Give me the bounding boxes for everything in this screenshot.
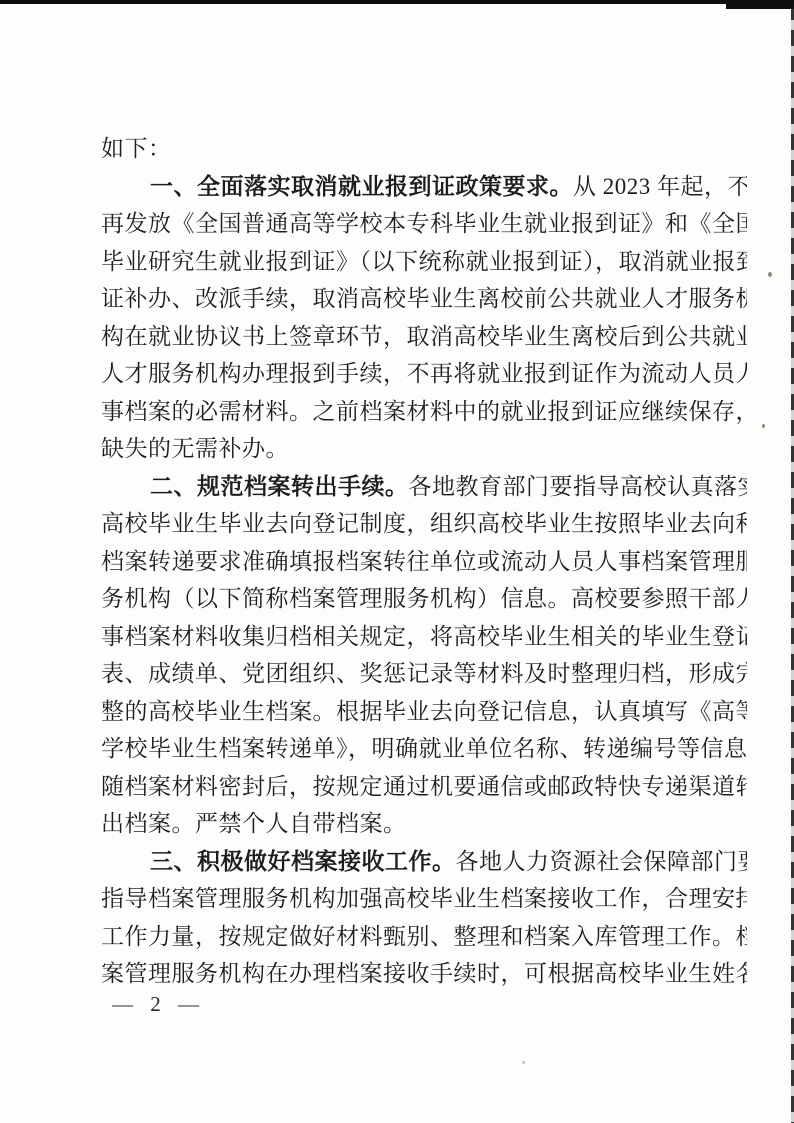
line-text: 从 2023 年起，不: [573, 174, 747, 199]
line-text: 人才服务机构办理报到手续，不再将就业报到证作为流动人员人: [101, 361, 747, 386]
section-2-heading: 二、规范档案转出手续。: [150, 473, 409, 499]
line-text: 各地人力资源社会保障部门要: [456, 849, 748, 874]
document-body: 如下： 一、全面落实取消就业报到证政策要求。从 2023 年起，不 再发放《全国…: [101, 130, 747, 993]
line-text: 高校毕业生毕业去向登记制度，组织高校毕业生按照毕业去向和: [101, 511, 747, 536]
text-line: 缺失的无需补办。: [101, 430, 747, 468]
line-text: 构在就业协议书上签章环节，取消高校毕业生离校后到公共就业: [101, 324, 747, 349]
section-1-heading-line: 一、全面落实取消就业报到证政策要求。从 2023 年起，不: [101, 168, 747, 206]
page-number: — 2 —: [112, 992, 205, 1017]
scan-speck: [762, 424, 765, 428]
text-line: 工作力量，按规定做好材料甄别、整理和档案入库管理工作。档: [101, 918, 747, 956]
scan-edge-top: [0, 0, 794, 4]
line-text: 缺失的无需补办。: [101, 436, 289, 461]
text-line: 表、成绩单、党团组织、奖惩记录等材料及时整理归档，形成完: [101, 655, 747, 693]
line-text: 工作力量，按规定做好材料甄别、整理和档案入库管理工作。档: [101, 924, 747, 949]
line-text: 出档案。严禁个人自带档案。: [101, 811, 407, 836]
text-line: 出档案。严禁个人自带档案。: [101, 805, 747, 843]
text-line: 案管理服务机构在办理档案接收手续时，可根据高校毕业生姓名: [101, 955, 747, 993]
line-text: 指导档案管理服务机构加强高校毕业生档案接收工作，合理安排: [101, 886, 747, 911]
text-line: 毕业研究生就业报到证》（以下统称就业报到证），取消就业报到: [101, 243, 747, 281]
line-text: 事档案材料收集归档相关规定，将高校毕业生相关的毕业生登记: [101, 624, 747, 649]
line-text: 表、成绩单、党团组织、奖惩记录等材料及时整理归档，形成完: [101, 661, 747, 686]
line-text: 证补办、改派手续，取消高校毕业生离校前公共就业人才服务机: [101, 286, 747, 311]
line-text: 随档案材料密封后，按规定通过机要通信或邮政特快专递渠道转: [101, 774, 747, 799]
line-text: 毕业研究生就业报到证》（以下统称就业报到证），取消就业报到: [101, 249, 747, 274]
line-text: 案管理服务机构在办理档案接收手续时，可根据高校毕业生姓名: [101, 961, 747, 986]
text-line: 务机构（以下简称档案管理服务机构）信息。高校要参照干部人: [101, 580, 747, 618]
text-line: 高校毕业生毕业去向登记制度，组织高校毕业生按照毕业去向和: [101, 505, 747, 543]
text-line: 人才服务机构办理报到手续，不再将就业报到证作为流动人员人: [101, 355, 747, 393]
line-text: 事档案的必需材料。之前档案材料中的就业报到证应继续保存，: [101, 399, 747, 424]
line-text: 档案转递要求准确填报档案转往单位或流动人员人事档案管理服: [101, 549, 747, 574]
section-1-heading: 一、全面落实取消就业报到证政策要求。: [150, 173, 573, 199]
section-2-heading-line: 二、规范档案转出手续。各地教育部门要指导高校认真落实: [101, 468, 747, 506]
text-line: 随档案材料密封后，按规定通过机要通信或邮政特快专递渠道转: [101, 768, 747, 806]
scan-speck: [522, 1061, 525, 1064]
scan-speck: [768, 272, 772, 277]
line-text: 再发放《全国普通高等学校本专科毕业生就业报到证》和《全国: [101, 211, 747, 236]
text-line: 整的高校毕业生档案。根据毕业去向登记信息，认真填写《高等: [101, 693, 747, 731]
text-line: 学校毕业生档案转递单》，明确就业单位名称、转递编号等信息，: [101, 730, 747, 768]
line-text: 整的高校毕业生档案。根据毕业去向登记信息，认真填写《高等: [101, 699, 747, 724]
line-text: 学校毕业生档案转递单》，明确就业单位名称、转递编号等信息，: [101, 736, 747, 761]
scan-edge-top-right: [726, 0, 794, 9]
text-line: 档案转递要求准确填报档案转往单位或流动人员人事档案管理服: [101, 543, 747, 581]
line-text: 各地教育部门要指导高校认真落实: [409, 474, 748, 499]
text-line: 事档案的必需材料。之前档案材料中的就业报到证应继续保存，: [101, 393, 747, 431]
text-line: 证补办、改派手续，取消高校毕业生离校前公共就业人才服务机: [101, 280, 747, 318]
text-line: 指导档案管理服务机构加强高校毕业生档案接收工作，合理安排: [101, 880, 747, 918]
line-text: 务机构（以下简称档案管理服务机构）信息。高校要参照干部人: [101, 586, 747, 611]
section-3-heading-line: 三、积极做好档案接收工作。各地人力资源社会保障部门要: [101, 843, 747, 881]
line-text: 如下：: [101, 136, 172, 161]
text-line: 事档案材料收集归档相关规定，将高校毕业生相关的毕业生登记: [101, 618, 747, 656]
text-line: 构在就业协议书上签章环节，取消高校毕业生离校后到公共就业: [101, 318, 747, 356]
text-line-intro: 如下：: [101, 130, 747, 168]
text-line: 再发放《全国普通高等学校本专科毕业生就业报到证》和《全国: [101, 205, 747, 243]
scanned-document-page: { "page": { "number_label": "— 2 —", "co…: [0, 0, 794, 1123]
section-3-heading: 三、积极做好档案接收工作。: [150, 848, 456, 874]
